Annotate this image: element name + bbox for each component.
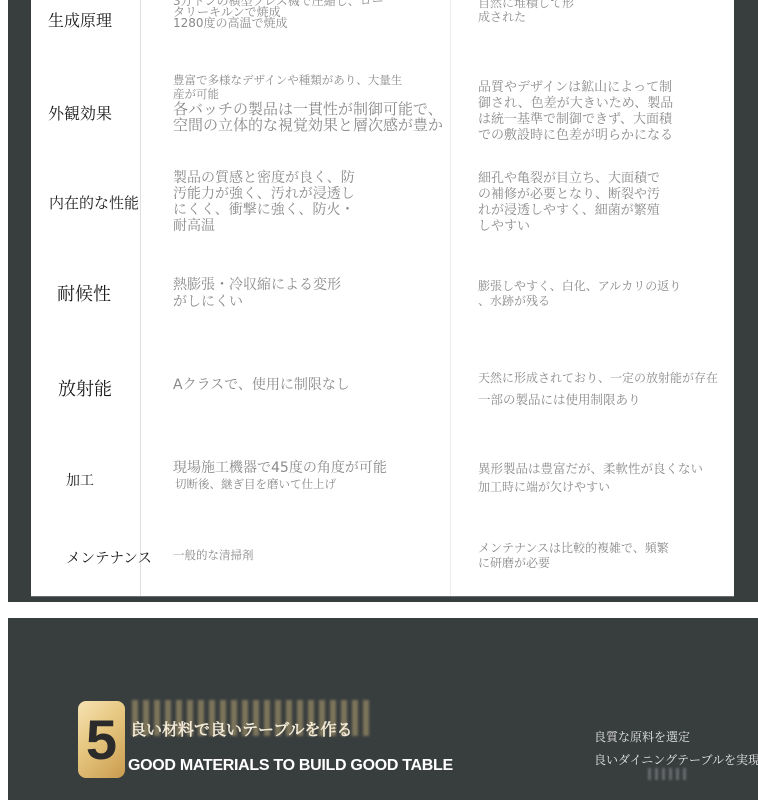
row-label: 外観効果 xyxy=(48,101,112,124)
cell-natural-stone: 天然に形成されており、一定の放射能が存在 一部の製品には使用制限あり xyxy=(478,368,718,410)
cell-natural-stone: 細孔や亀裂が目立ち、大面積で の補修が必要となり、断裂や汚 れが浸透しやすく、細… xyxy=(478,171,660,235)
cell-natural-stone: メンテナンスは比較的複雑で、頻繁 に研磨が必要 xyxy=(478,541,669,571)
cell-natural-stone: 異形製品は豊富だが、柔軟性が良くない 加工時に端が欠けやすい xyxy=(478,459,703,497)
section-title-en: GOOD MATERIALS TO BUILD GOOD TABLE xyxy=(128,757,453,775)
side-caption-2: 良いダイニングテーブルを実現 xyxy=(594,751,758,768)
section-number: 5 xyxy=(86,712,117,768)
table-row-processing: 加工 現場施工機器で45度の角度が可能 切断後、継ぎ目を磨いて仕上げ 異形製品は… xyxy=(31,432,734,520)
section-number-badge: 5 xyxy=(78,701,125,778)
decorative-ghost-mark xyxy=(648,768,688,780)
cell-natural-stone: 品質やデザインは鉱山によって制 御され、色差が大きいため、製品 は統一基準で制御… xyxy=(478,80,673,144)
section-title-jp: 良い材料で良いテーブルを作る xyxy=(130,717,353,740)
cell-porcelain: Aクラスで、使用に制限なし xyxy=(173,377,350,394)
comparison-table-card: 生成原理 3万トンの横型プレス機で圧縮し、ロー タリーキルンで焼成 1280度の… xyxy=(31,0,734,596)
cell-porcelain: 現場施工機器で45度の角度が可能 切断後、継ぎ目を磨いて仕上げ xyxy=(173,460,387,491)
section-5-banner: 5 良い材料で良いテーブルを作る GOOD MATERIALS TO BUILD… xyxy=(8,618,758,800)
cell-natural-stone: 自然に堆積して形 成された xyxy=(478,0,574,24)
cell-porcelain: 豊富で多様なデザインや種類があり、大量生 産が可能 各バッチの製品は一貫性が制御… xyxy=(173,73,443,133)
row-label: 生成原理 xyxy=(48,8,112,31)
cell-porcelain: 熱膨張・冷収縮による変形 がしにくい xyxy=(173,277,341,311)
table-row-generation-principle: 生成原理 3万トンの横型プレス機で圧縮し、ロー タリーキルンで焼成 1280度の… xyxy=(31,0,734,60)
cell-porcelain: 3万トンの横型プレス機で圧縮し、ロー タリーキルンで焼成 1280度の高温で焼成 xyxy=(173,0,384,30)
row-label: 放射能 xyxy=(58,375,112,401)
table-row-intrinsic-performance: 内在的な性能 製品の質感と密度が良く、防 汚能力が強く、汚れが浸透し にくく、衝… xyxy=(31,155,734,250)
row-label: 内在的な性能 xyxy=(49,192,139,213)
row-label: メンテナンス xyxy=(66,547,152,568)
row-label: 耐候性 xyxy=(57,280,111,306)
table-row-maintenance: メンテナンス 一般的な清掃剤 メンテナンスは比較的複雑で、頻繁 に研磨が必要 xyxy=(31,520,734,596)
cell-porcelain: 一般的な清掃剤 xyxy=(173,548,254,562)
table-row-radioactivity: 放射能 Aクラスで、使用に制限なし 天然に形成されており、一定の放射能が存在 一… xyxy=(31,340,734,432)
side-caption-1: 良質な原料を選定 xyxy=(594,728,690,745)
table-row-weather-resistance: 耐候性 熱膨張・冷収縮による変形 がしにくい 膨張しやすく、白化、アルカリの返り… xyxy=(31,250,734,340)
table-row-appearance: 外観効果 豊富で多様なデザインや種類があり、大量生 産が可能 各バッチの製品は一… xyxy=(31,60,734,155)
row-label: 加工 xyxy=(66,470,94,490)
cell-natural-stone: 膨張しやすく、白化、アルカリの返り 、水跡が残る xyxy=(478,279,681,309)
cell-porcelain: 製品の質感と密度が良く、防 汚能力が強く、汚れが浸透し にくく、衝撃に強く、防火… xyxy=(173,170,355,234)
